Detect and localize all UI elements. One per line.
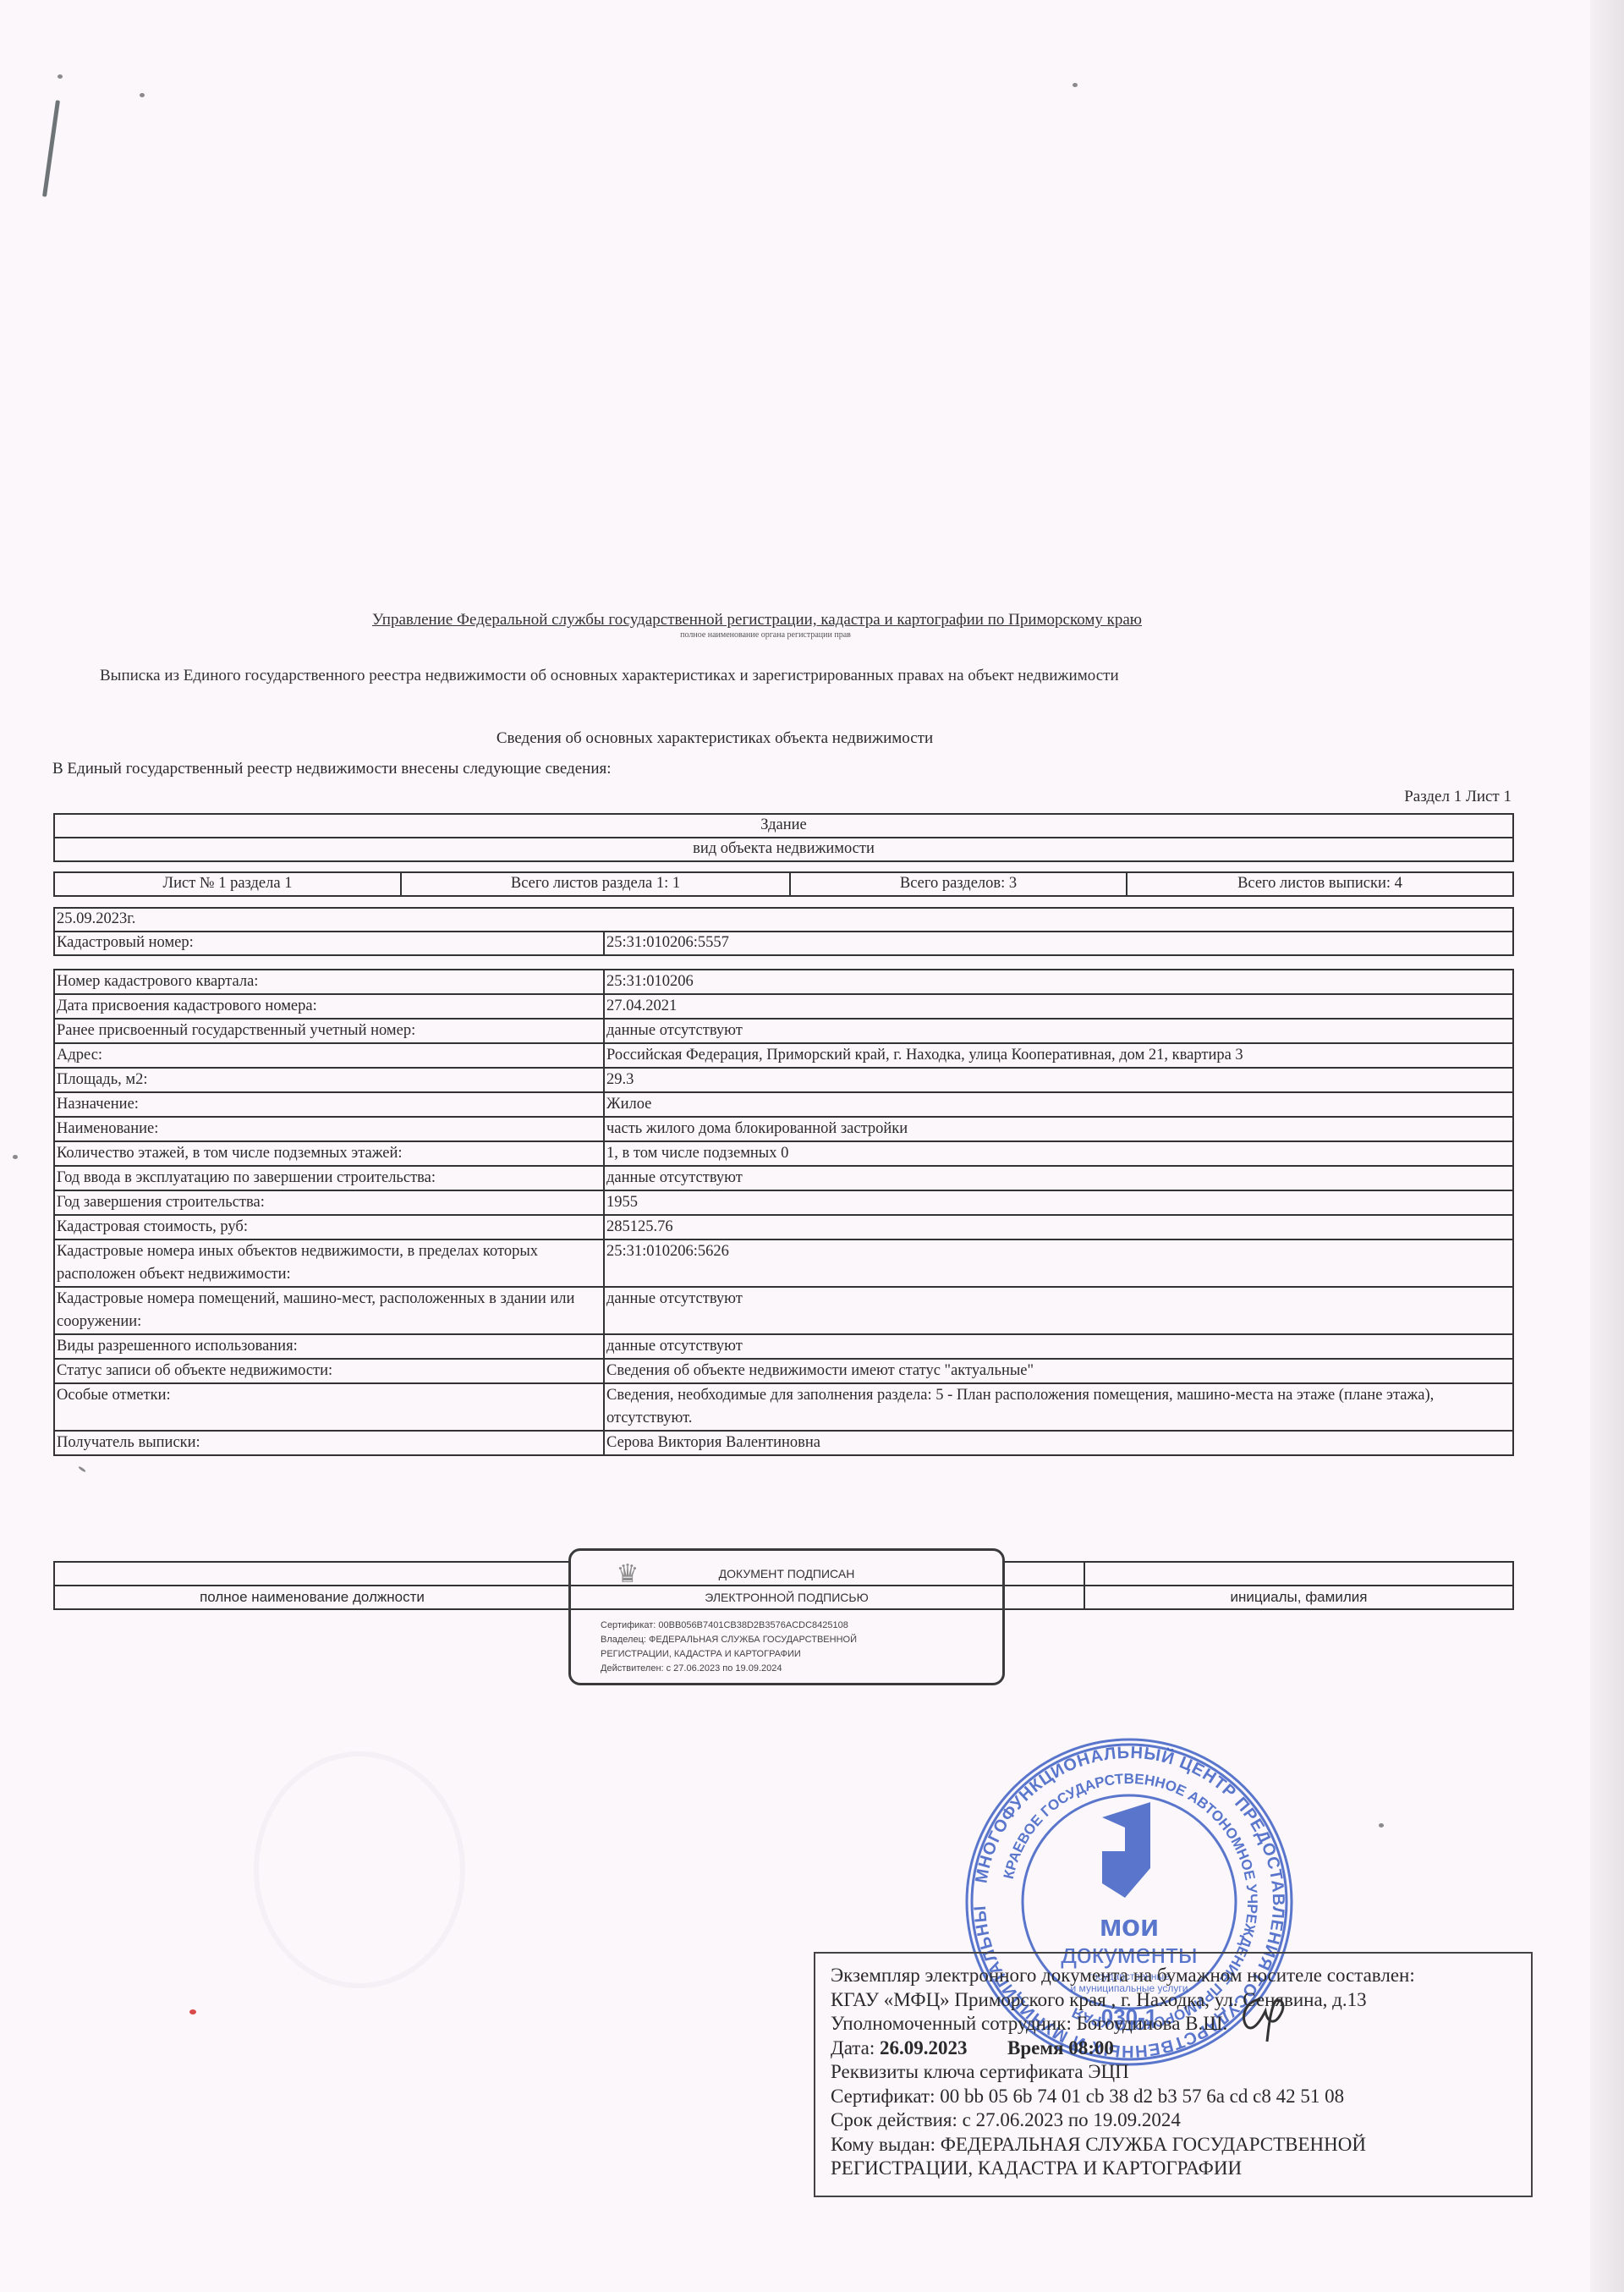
object-type-table: Здание вид объекта недвижимости bbox=[53, 813, 1514, 862]
row-label: Количество этажей, в том числе подземных… bbox=[54, 1141, 604, 1166]
row-value: 25:31:010206 bbox=[604, 970, 1513, 994]
object-type: Здание bbox=[54, 814, 1513, 838]
section-count: Всего разделов: 3 bbox=[790, 872, 1127, 896]
table-row: Получатель выписки:Серова Виктория Вален… bbox=[54, 1431, 1513, 1455]
row-value: 285125.76 bbox=[604, 1215, 1513, 1239]
esign-details: Сертификат: 00BB056B7401CB38D2B3576ACDC8… bbox=[601, 1619, 857, 1676]
section-title: Сведения об основных характеристиках объ… bbox=[0, 729, 1527, 748]
time-label: Время bbox=[1007, 2037, 1063, 2058]
row-value: данные отсутствуют bbox=[604, 1166, 1513, 1190]
row-label: Ранее присвоенный государственный учетны… bbox=[54, 1019, 604, 1043]
authority-name: Управление Федеральной службы государств… bbox=[372, 611, 1142, 629]
extract-date: 25.09.2023г. bbox=[54, 908, 1513, 932]
row-value: 25:31:010206:5626 bbox=[604, 1239, 1513, 1287]
cadastral-number-label: Кадастровый номер: bbox=[54, 932, 604, 955]
row-value: Российская Федерация, Приморский край, г… bbox=[604, 1043, 1513, 1068]
esign-certificate: Сертификат: 00BB056B7401CB38D2B3576ACDC8… bbox=[601, 1619, 857, 1633]
handwritten-signature-icon bbox=[1237, 1992, 1296, 2043]
name-caption: инициалы, фамилия bbox=[1084, 1586, 1513, 1609]
mfc-line5: Реквизиты ключа сертификата ЭЦП bbox=[831, 2060, 1516, 2085]
table-row: Адрес:Российская Федерация, Приморский к… bbox=[54, 1043, 1513, 1068]
mfc-certificate: Сертификат: 00 bb 05 6b 74 01 cb 38 d2 b… bbox=[831, 2085, 1516, 2109]
sheet-info-table: Лист № 1 раздела 1 Всего листов раздела … bbox=[53, 871, 1514, 897]
object-type-caption: вид объекта недвижимости bbox=[54, 838, 1513, 861]
intro-text: В Единый государственный реестр недвижим… bbox=[52, 760, 612, 778]
table-row: Наименование:часть жилого дома блокирова… bbox=[54, 1117, 1513, 1141]
row-value: Жилое bbox=[604, 1092, 1513, 1117]
esign-line1: ДОКУМЕНТ ПОДПИСАН bbox=[571, 1567, 1002, 1580]
row-value: 1, в том числе подземных 0 bbox=[604, 1141, 1513, 1166]
row-label: Получатель выписки: bbox=[54, 1431, 604, 1455]
table-row: Кадастровые номера помещений, машино-мес… bbox=[54, 1287, 1513, 1334]
scan-dot bbox=[13, 1155, 18, 1159]
row-label: Адрес: bbox=[54, 1043, 604, 1068]
row-value: 1955 bbox=[604, 1190, 1513, 1215]
row-label: Кадастровые номера иных объектов недвижи… bbox=[54, 1239, 604, 1287]
row-value: Сведения об объекте недвижимости имеют с… bbox=[604, 1359, 1513, 1383]
table-row: Ранее присвоенный государственный учетны… bbox=[54, 1019, 1513, 1043]
table-row: Количество этажей, в том числе подземных… bbox=[54, 1141, 1513, 1166]
row-label: Кадастровые номера помещений, машино-мес… bbox=[54, 1287, 604, 1334]
row-value: 27.04.2021 bbox=[604, 994, 1513, 1019]
row-label: Год ввода в эксплуатацию по завершении с… bbox=[54, 1166, 604, 1190]
cadastral-number-value: 25:31:010206:5557 bbox=[604, 932, 1513, 955]
authority-caption: полное наименование органа регистрации п… bbox=[0, 630, 1624, 640]
table-row: Виды разрешенного использования:данные о… bbox=[54, 1334, 1513, 1359]
table-row: Кадастровые номера иных объектов недвижи… bbox=[54, 1239, 1513, 1287]
divider bbox=[571, 1608, 1002, 1610]
table-row: Дата присвоения кадастрового номера:27.0… bbox=[54, 994, 1513, 1019]
esign-line2: ЭЛЕКТРОННОЙ ПОДПИСЬЮ bbox=[571, 1591, 1002, 1604]
mfc-issued-to-line1: Кому выдан: ФЕДЕРАЛЬНАЯ СЛУЖБА ГОСУДАРСТ… bbox=[831, 2133, 1516, 2157]
mfc-line3: Уполномоченный сотрудник: Богоудинова В.… bbox=[831, 2012, 1516, 2036]
identification-table: 25.09.2023г. Кадастровый номер: 25:31:01… bbox=[53, 907, 1514, 956]
red-ink-mark bbox=[189, 2009, 196, 2014]
scan-staple-mark bbox=[42, 100, 60, 197]
date-value: 26.09.2023 bbox=[880, 2037, 968, 2058]
row-label: Статус записи об объекте недвижимости: bbox=[54, 1359, 604, 1383]
time-value: 08:00 bbox=[1068, 2037, 1114, 2058]
table-row: Кадастровая стоимость, руб:285125.76 bbox=[54, 1215, 1513, 1239]
table-row: Год ввода в эксплуатацию по завершении с… bbox=[54, 1166, 1513, 1190]
date-label: Дата: bbox=[831, 2037, 875, 2058]
row-value: 29.3 bbox=[604, 1068, 1513, 1092]
position-caption: полное наименование должности bbox=[54, 1586, 570, 1609]
row-label: Год завершения строительства: bbox=[54, 1190, 604, 1215]
mfc-line2: КГАУ «МФЦ» Приморского края , г. Находка… bbox=[831, 1988, 1516, 2013]
row-value: данные отсутствуют bbox=[604, 1019, 1513, 1043]
table-row: Площадь, м2:29.3 bbox=[54, 1068, 1513, 1092]
table-row: Номер кадастрового квартала:25:31:010206 bbox=[54, 970, 1513, 994]
document-title: Выписка из Единого государственного реес… bbox=[100, 667, 1119, 685]
row-label: Наименование: bbox=[54, 1117, 604, 1141]
mfc-issued-to-line2: РЕГИСТРАЦИИ, КАДАСТРА И КАРТОГРАФИИ bbox=[831, 2157, 1516, 2181]
table-row: Год завершения строительства:1955 bbox=[54, 1190, 1513, 1215]
position-field bbox=[54, 1562, 570, 1586]
row-label: Кадастровая стоимость, руб: bbox=[54, 1215, 604, 1239]
mfc-line1: Экземпляр электронного документа на бума… bbox=[831, 1964, 1516, 1988]
row-label: Особые отметки: bbox=[54, 1383, 604, 1431]
row-label: Назначение: bbox=[54, 1092, 604, 1117]
row-value: Серова Виктория Валентиновна bbox=[604, 1431, 1513, 1455]
scan-dot bbox=[78, 1465, 86, 1472]
row-label: Площадь, м2: bbox=[54, 1068, 604, 1092]
table-row: Назначение:Жилое bbox=[54, 1092, 1513, 1117]
scan-dot bbox=[58, 74, 63, 79]
section-reference: Раздел 1 Лист 1 bbox=[1404, 788, 1512, 806]
row-value: данные отсутствуют bbox=[604, 1287, 1513, 1334]
esign-owner-line1: Владелец: ФЕДЕРАЛЬНАЯ СЛУЖБА ГОСУДАРСТВЕ… bbox=[601, 1633, 857, 1647]
scan-dot bbox=[140, 93, 145, 97]
mfc-validity: Срок действия: с 27.06.2023 по 19.09.202… bbox=[831, 2108, 1516, 2133]
characteristics-table: Номер кадастрового квартала:25:31:010206… bbox=[53, 969, 1514, 1456]
stamp-brand-line1: мои bbox=[1100, 1908, 1159, 1943]
esign-owner-line2: РЕГИСТРАЦИИ, КАДАСТРА И КАРТОГРАФИИ bbox=[601, 1647, 857, 1662]
faded-stamp-ghost bbox=[254, 1751, 465, 1988]
paper-copy-certification: Экземпляр электронного документа на бума… bbox=[814, 1952, 1533, 2197]
row-value: данные отсутствуют bbox=[604, 1334, 1513, 1359]
sheet-number: Лист № 1 раздела 1 bbox=[54, 872, 401, 896]
row-label: Виды разрешенного использования: bbox=[54, 1334, 604, 1359]
row-label: Дата присвоения кадастрового номера: bbox=[54, 994, 604, 1019]
mfc-logo-icon bbox=[1102, 1802, 1150, 1898]
esign-validity: Действителен: с 27.06.2023 по 19.09.2024 bbox=[601, 1662, 857, 1676]
extract-sheet-count: Всего листов выписки: 4 bbox=[1127, 872, 1513, 896]
table-row: Особые отметки:Сведения, необходимые для… bbox=[54, 1383, 1513, 1431]
electronic-signature-stamp: ♛ ДОКУМЕНТ ПОДПИСАН ЭЛЕКТРОННОЙ ПОДПИСЬЮ… bbox=[568, 1548, 1005, 1685]
registration-authority: Управление Федеральной службы государств… bbox=[0, 611, 1624, 640]
row-label: Номер кадастрового квартала: bbox=[54, 970, 604, 994]
section-sheet-count: Всего листов раздела 1: 1 bbox=[401, 872, 790, 896]
scan-dot bbox=[1379, 1823, 1384, 1828]
mfc-datetime: Дата: 26.09.2023 Время 08:00 bbox=[831, 2036, 1516, 2061]
scan-dot bbox=[1073, 83, 1078, 87]
name-field bbox=[1084, 1562, 1513, 1586]
table-row: Статус записи об объекте недвижимости:Св… bbox=[54, 1359, 1513, 1383]
row-value: часть жилого дома блокированной застройк… bbox=[604, 1117, 1513, 1141]
divider bbox=[571, 1585, 1002, 1586]
page-edge-shadow bbox=[1590, 0, 1624, 2292]
row-value: Сведения, необходимые для заполнения раз… bbox=[604, 1383, 1513, 1431]
